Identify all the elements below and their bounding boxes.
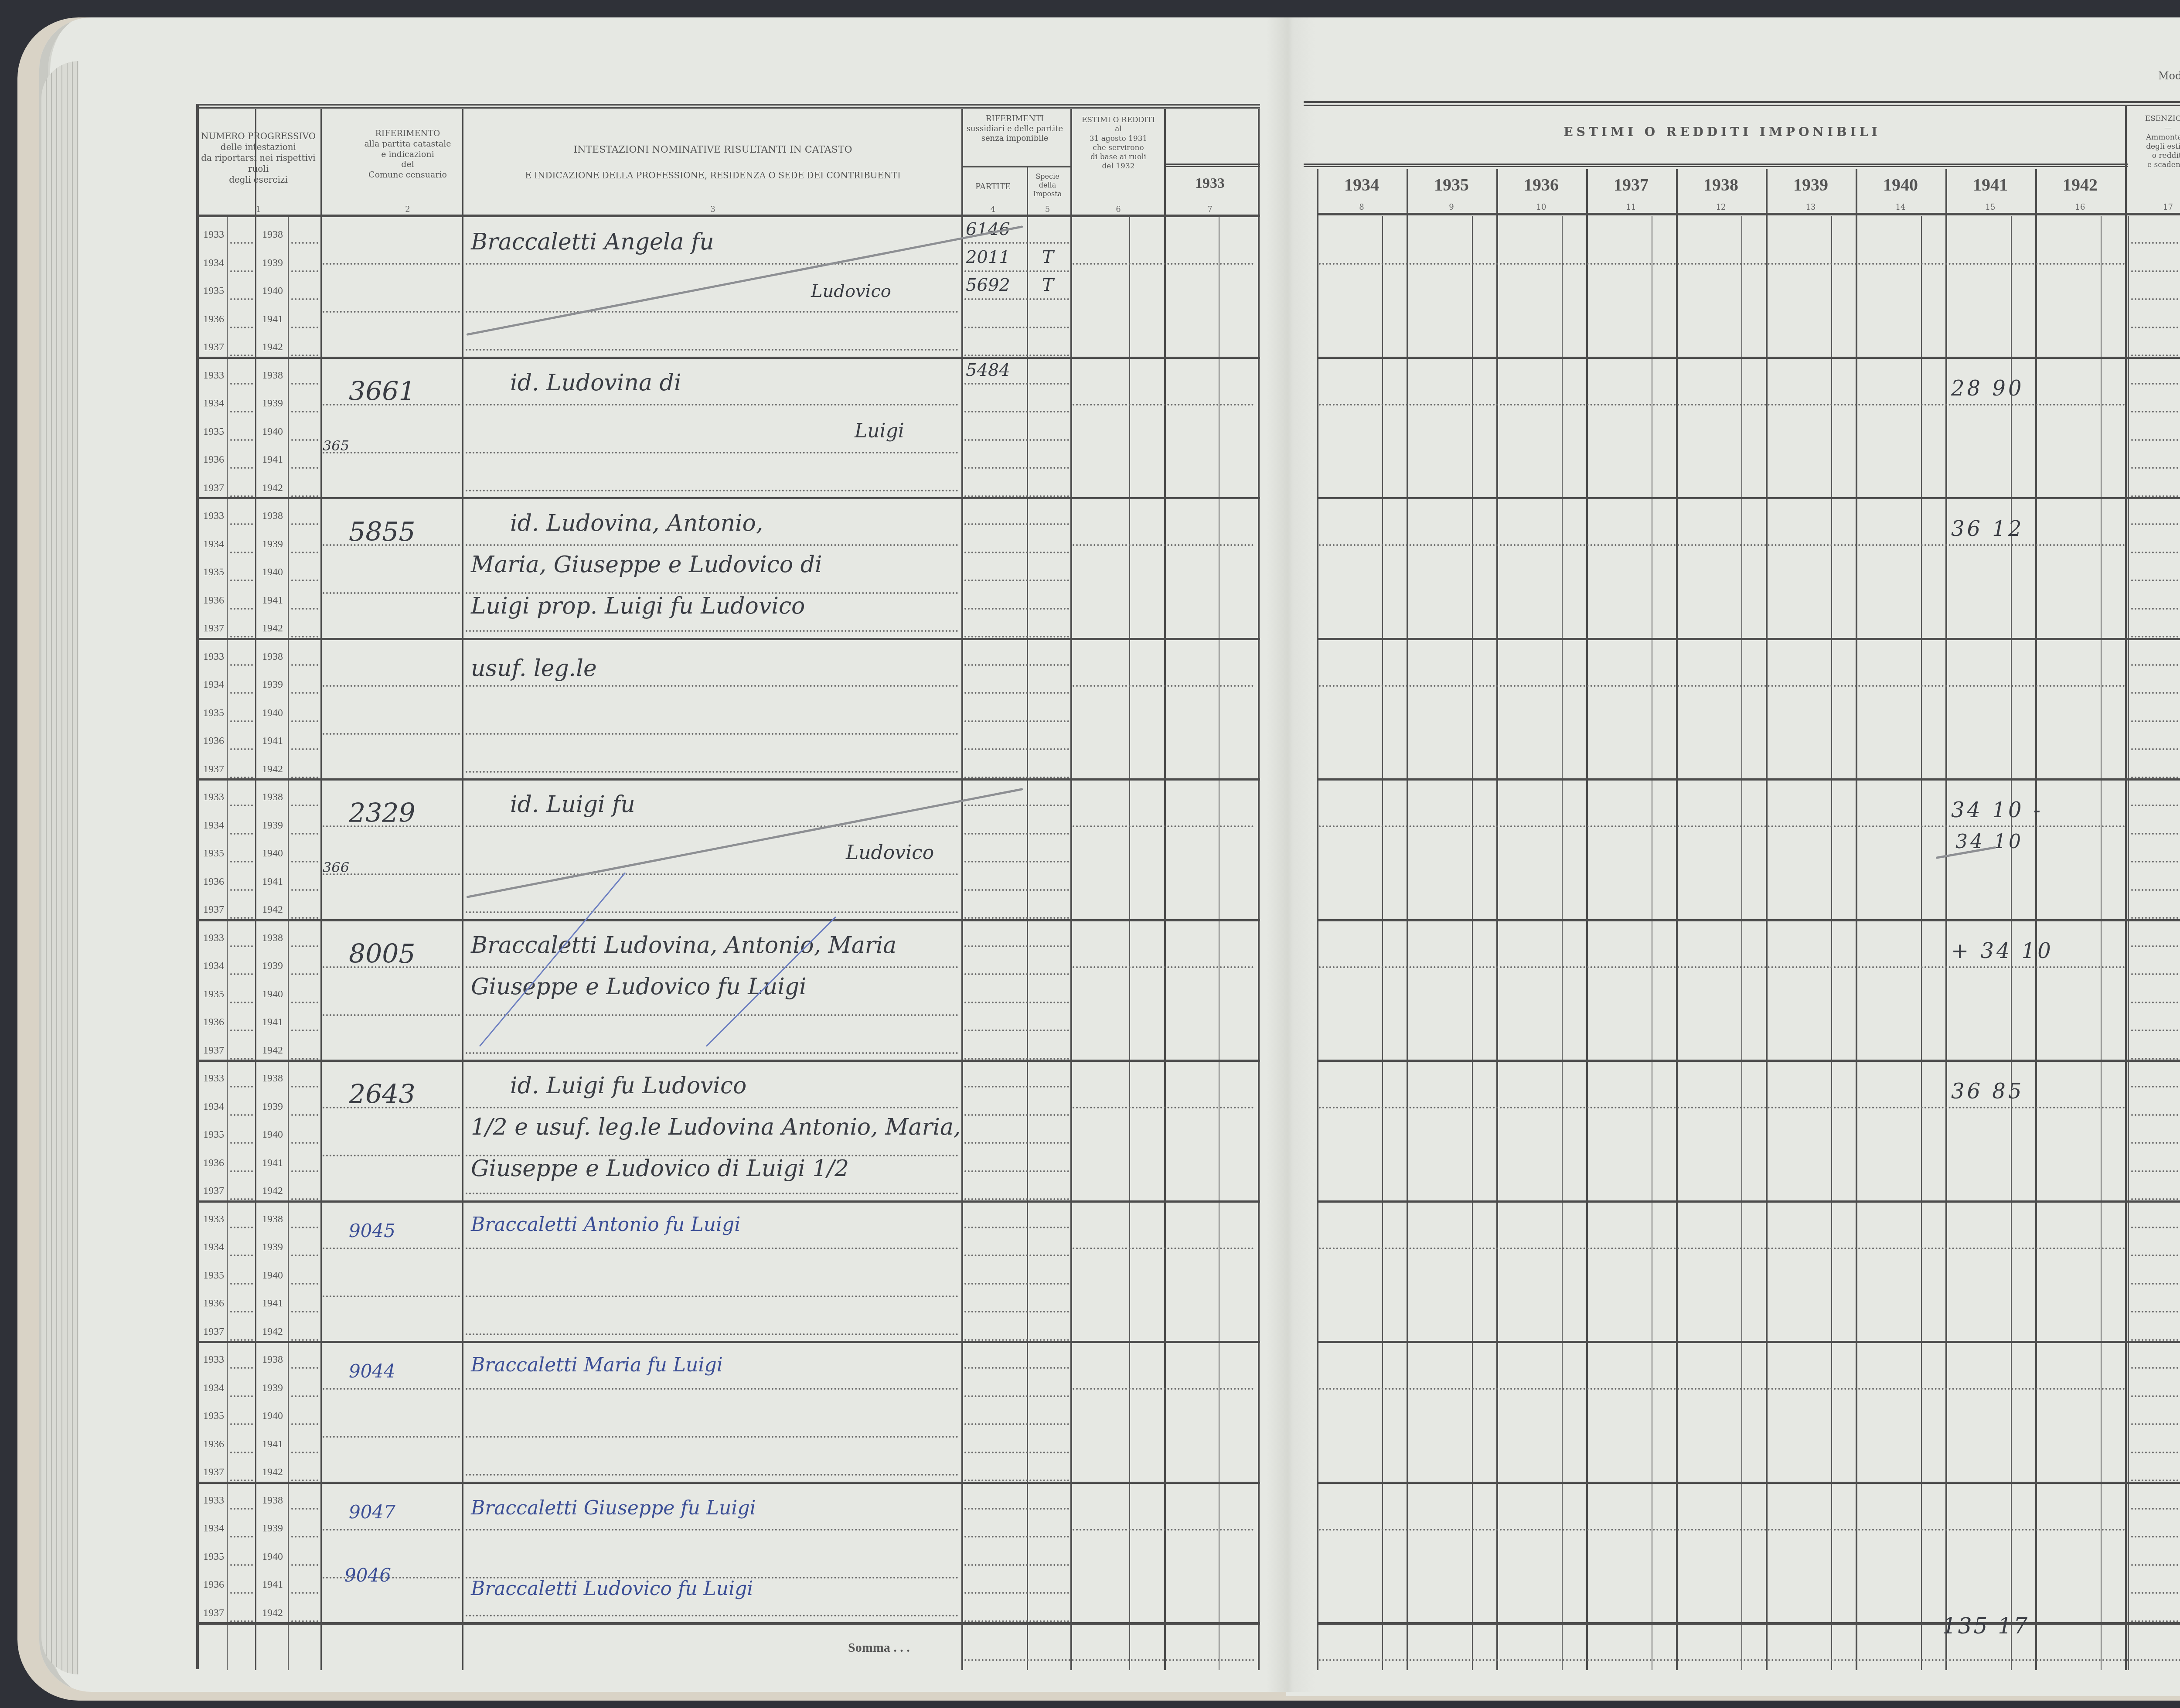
dotted-line bbox=[964, 1227, 1069, 1228]
header-year-1933: 1933 bbox=[1164, 175, 1256, 192]
cents-rule bbox=[1741, 216, 1742, 1670]
year-label: 1939 bbox=[259, 1241, 286, 1253]
dotted-line bbox=[2131, 1311, 2180, 1313]
dotted-line bbox=[230, 523, 253, 525]
dotted-line bbox=[2131, 523, 2180, 525]
year-label: 1934 bbox=[201, 960, 227, 972]
header-dash: — bbox=[2128, 123, 2180, 133]
year-label: 1933 bbox=[201, 1214, 227, 1225]
year-label: 1937 bbox=[201, 482, 227, 494]
year-label: 1937 bbox=[201, 1185, 227, 1197]
dotted-line bbox=[230, 608, 253, 610]
dotted-line bbox=[230, 720, 253, 722]
year-label: 1936 bbox=[201, 1298, 227, 1309]
year-label: 1940 bbox=[259, 566, 286, 578]
year-label: 1935 bbox=[201, 1551, 227, 1563]
dotted-line bbox=[230, 945, 253, 947]
dotted-line bbox=[2131, 861, 2180, 863]
dotted-line bbox=[230, 467, 253, 469]
dotted-line bbox=[2131, 1002, 2180, 1003]
dotted-line bbox=[1319, 544, 2125, 546]
dotted-line bbox=[2131, 327, 2180, 328]
dotted-line bbox=[466, 771, 958, 773]
dotted-line bbox=[291, 1536, 318, 1538]
year-label: 1933 bbox=[201, 370, 227, 382]
dotted-line bbox=[964, 1508, 1069, 1510]
intestazione-line: Maria, Giuseppe e Ludovico di bbox=[471, 552, 822, 578]
year-label: 1940 bbox=[259, 426, 286, 438]
dotted-line bbox=[230, 580, 253, 581]
block-separator bbox=[1317, 497, 2180, 499]
block-separator bbox=[196, 919, 1260, 921]
header-line: e indicazioni bbox=[364, 150, 451, 160]
dotted-line bbox=[230, 1142, 253, 1144]
dotted-line bbox=[466, 685, 958, 687]
col-num: 3 bbox=[462, 205, 964, 214]
dotted-line bbox=[291, 439, 318, 441]
col-num: 7 bbox=[1164, 205, 1256, 214]
year-label: 1937 bbox=[201, 904, 227, 916]
col-num: 5 bbox=[1027, 205, 1068, 214]
dotted-line bbox=[291, 777, 318, 778]
dotted-line bbox=[2131, 1480, 2180, 1481]
year-label: 1942 bbox=[259, 1045, 286, 1057]
header-line: delle intestazioni bbox=[198, 142, 318, 153]
dotted-line bbox=[1319, 1388, 2125, 1390]
dotted-line bbox=[291, 1283, 318, 1285]
intestazione-line: Braccaletti Giuseppe fu Luigi bbox=[471, 1497, 756, 1519]
somma-1941-value: 135 17 bbox=[1942, 1613, 2029, 1639]
riferimento-number: 2643 bbox=[349, 1079, 416, 1110]
partita-number: 2011 bbox=[966, 247, 1010, 267]
dotted-line bbox=[230, 1367, 253, 1369]
dotted-line bbox=[230, 495, 253, 497]
dotted-line bbox=[291, 720, 318, 722]
dotted-line bbox=[291, 973, 318, 975]
dotted-line bbox=[323, 1248, 460, 1249]
cents-rule bbox=[1921, 216, 1922, 1670]
block-separator bbox=[196, 1060, 1260, 1062]
year-label: 1942 bbox=[259, 1185, 286, 1197]
dotted-line bbox=[291, 1002, 318, 1003]
col-num: 15 bbox=[1945, 203, 2035, 212]
header-line: alla partita catastale bbox=[364, 139, 451, 150]
year-label: 1941 bbox=[259, 1579, 286, 1591]
year-label: 1941 bbox=[259, 1157, 286, 1169]
year-label: 1942 bbox=[259, 764, 286, 775]
header-title: ESTIMI O REDDITI bbox=[1073, 116, 1164, 125]
dotted-line bbox=[2131, 1114, 2180, 1116]
year-label: 1938 bbox=[259, 932, 286, 944]
header-riferimenti-sussidiari: RIFERIMENTI sussidiari e delle partite s… bbox=[959, 114, 1070, 144]
dotted-line bbox=[2131, 1283, 2180, 1285]
dotted-line bbox=[1073, 404, 1253, 406]
dotted-line bbox=[2131, 1255, 2180, 1256]
dotted-line bbox=[2131, 945, 2180, 947]
dotted-line bbox=[2131, 439, 2180, 441]
intestazione-line: id. Ludovina di bbox=[510, 370, 681, 396]
dotted-line bbox=[964, 580, 1069, 581]
dotted-line bbox=[230, 861, 253, 863]
dotted-line bbox=[230, 242, 253, 244]
dotted-line bbox=[2131, 720, 2180, 722]
dotted-line bbox=[964, 1620, 1069, 1622]
year-label: 1939 bbox=[259, 1101, 286, 1113]
dotted-line bbox=[291, 945, 318, 947]
dotted-line bbox=[2131, 1030, 2180, 1031]
dotted-line bbox=[2131, 1058, 2180, 1060]
dotted-line bbox=[964, 467, 1069, 469]
year-label: 1937 bbox=[201, 1607, 227, 1619]
dotted-line bbox=[291, 833, 318, 835]
table-bottom-rule bbox=[196, 1622, 1260, 1625]
header-estimi-redditi-imponibili: ESTIMI O REDDITI IMPONIBILI bbox=[1317, 124, 2128, 140]
dotted-line bbox=[2131, 692, 2180, 694]
dotted-line bbox=[964, 608, 1069, 610]
dotted-line bbox=[291, 1170, 318, 1172]
year-label: 1934 bbox=[201, 1101, 227, 1113]
dotted-line bbox=[230, 1198, 253, 1200]
riferimento-number: 5855 bbox=[349, 517, 416, 547]
dotted-line bbox=[964, 833, 1069, 835]
dotted-line bbox=[291, 1198, 318, 1200]
dotted-line bbox=[230, 805, 253, 806]
dotted-line bbox=[291, 636, 318, 638]
dotted-line bbox=[2131, 580, 2180, 581]
dotted-line bbox=[964, 861, 1069, 863]
dotted-line bbox=[323, 1529, 460, 1531]
year-label: 1939 bbox=[259, 1382, 286, 1394]
year-label: 1940 bbox=[259, 1410, 286, 1422]
dotted-line bbox=[964, 1536, 1069, 1538]
cents-rule bbox=[1831, 216, 1832, 1670]
header-line: che servirono bbox=[1073, 143, 1164, 153]
year-label: 1936 bbox=[201, 1016, 227, 1028]
dotted-line bbox=[964, 1452, 1069, 1453]
dotted-line bbox=[2131, 1452, 2180, 1453]
column-rule bbox=[1164, 109, 1166, 1670]
dotted-line bbox=[291, 664, 318, 666]
dotted-line bbox=[230, 1227, 253, 1228]
header-line: 31 agosto 1931 bbox=[1073, 134, 1164, 143]
dotted-line bbox=[230, 777, 253, 778]
header-riferimento: RIFERIMENTO alla partita catastale e ind… bbox=[364, 129, 451, 181]
header-year-1940: 1940 bbox=[1856, 174, 1945, 195]
year-label: 1939 bbox=[259, 539, 286, 550]
dotted-line bbox=[323, 592, 460, 594]
dotted-line bbox=[964, 327, 1069, 328]
dotted-line bbox=[323, 685, 460, 687]
dotted-line bbox=[2131, 889, 2180, 891]
block-separator bbox=[196, 1341, 1260, 1343]
year-label: 1933 bbox=[201, 1495, 227, 1507]
dotted-line bbox=[291, 1058, 318, 1060]
dotted-line bbox=[230, 1002, 253, 1003]
dotted-line bbox=[964, 383, 1069, 385]
dotted-line bbox=[323, 1436, 460, 1438]
year-label: 1940 bbox=[259, 989, 286, 1000]
year-label: 1940 bbox=[259, 1270, 286, 1282]
header-specie: Specie della Imposta bbox=[1027, 172, 1068, 198]
dotted-line bbox=[230, 1452, 253, 1453]
header-year-1938: 1938 bbox=[1676, 174, 1766, 195]
year-label: 1936 bbox=[201, 314, 227, 325]
dotted-line bbox=[466, 404, 958, 406]
intestazione-line: Luigi bbox=[855, 420, 904, 442]
dotted-line bbox=[964, 1198, 1069, 1200]
block-separator bbox=[196, 1482, 1260, 1484]
dotted-line bbox=[230, 889, 253, 891]
dotted-line bbox=[291, 411, 318, 413]
somma-label: Somma . . . bbox=[848, 1640, 910, 1655]
block-separator bbox=[1317, 1200, 2180, 1203]
intestazione-line: Ludovico bbox=[811, 281, 891, 301]
dotted-line bbox=[2131, 270, 2180, 272]
year-label: 1936 bbox=[201, 876, 227, 888]
dotted-line bbox=[1073, 966, 1253, 968]
year-label: 1942 bbox=[259, 482, 286, 494]
dotted-line bbox=[291, 917, 318, 919]
dotted-line bbox=[466, 1529, 958, 1531]
dotted-line bbox=[466, 873, 958, 875]
dotted-line bbox=[2131, 495, 2180, 497]
header-title: ESENZIONI bbox=[2128, 114, 2180, 123]
dotted-line bbox=[466, 1474, 958, 1476]
dotted-line bbox=[964, 1564, 1069, 1566]
dotted-line bbox=[230, 355, 253, 356]
dotted-line bbox=[230, 327, 253, 328]
dotted-line bbox=[466, 1107, 958, 1108]
dotted-line bbox=[2131, 1367, 2180, 1369]
dotted-line bbox=[291, 1086, 318, 1088]
dotted-line bbox=[466, 911, 958, 913]
dotted-line bbox=[230, 1339, 253, 1341]
header-line: degli estimi bbox=[2128, 142, 2180, 151]
dotted-line bbox=[964, 748, 1069, 750]
column-rule bbox=[2125, 105, 2127, 1670]
intestazione-line: usuf. leg.le bbox=[471, 655, 597, 682]
header-year-1937: 1937 bbox=[1586, 174, 1676, 195]
block-separator bbox=[196, 497, 1260, 499]
dotted-line bbox=[230, 636, 253, 638]
dotted-line bbox=[964, 889, 1069, 891]
year-label: 1935 bbox=[201, 1129, 227, 1141]
dotted-line bbox=[1319, 1529, 2125, 1531]
year-label: 1935 bbox=[201, 566, 227, 578]
cents-rule bbox=[2101, 216, 2102, 1670]
dotted-line bbox=[964, 298, 1069, 300]
year-label: 1938 bbox=[259, 791, 286, 803]
dotted-line bbox=[2131, 355, 2180, 356]
year-label: 1934 bbox=[201, 539, 227, 550]
year-label: 1937 bbox=[201, 764, 227, 775]
header-title: INTESTAZIONI NOMINATIVE RISULTANTI IN CA… bbox=[462, 144, 964, 156]
riferimento-number: 9045 bbox=[349, 1220, 395, 1241]
dotted-line bbox=[291, 1339, 318, 1341]
col-num: 16 bbox=[2035, 203, 2125, 212]
dotted-line bbox=[230, 1395, 253, 1397]
dotted-line bbox=[964, 1311, 1069, 1313]
dotted-line bbox=[230, 1620, 253, 1622]
year-label: 1935 bbox=[201, 285, 227, 297]
year-label: 1934 bbox=[201, 679, 227, 691]
dotted-line bbox=[964, 270, 1069, 272]
dotted-line bbox=[230, 411, 253, 413]
dotted-line bbox=[230, 1480, 253, 1481]
year-label: 1942 bbox=[259, 1466, 286, 1478]
dotted-line bbox=[964, 1114, 1069, 1116]
dotted-line bbox=[230, 1423, 253, 1425]
side-number: 365 bbox=[323, 437, 349, 454]
col-num: 13 bbox=[1766, 203, 1856, 212]
intestazione-line: Braccaletti Ludovina, Antonio, Maria bbox=[471, 932, 896, 958]
dotted-line bbox=[466, 1052, 958, 1054]
dotted-line bbox=[230, 383, 253, 385]
year-label: 1938 bbox=[259, 1354, 286, 1366]
dotted-line bbox=[1319, 825, 2125, 827]
dotted-line bbox=[466, 452, 958, 453]
dotted-line bbox=[964, 1592, 1069, 1594]
column-rule bbox=[462, 109, 463, 1670]
dotted-line bbox=[230, 833, 253, 835]
year-label: 1935 bbox=[201, 1410, 227, 1422]
intestazione-line: 1/2 e usuf. leg.le Ludovina Antonio, Mar… bbox=[471, 1114, 961, 1140]
year-label: 1939 bbox=[259, 679, 286, 691]
dotted-line bbox=[2131, 805, 2180, 806]
riferimento-number: 9046 bbox=[344, 1565, 391, 1586]
dotted-line bbox=[466, 263, 958, 265]
year-label: 1938 bbox=[259, 229, 286, 241]
intestazione-line: Braccaletti Angela fu bbox=[471, 229, 714, 255]
dotted-line bbox=[2131, 777, 2180, 778]
dotted-line bbox=[2131, 298, 2180, 300]
year-label: 1941 bbox=[259, 1298, 286, 1309]
dotted-line bbox=[2131, 1086, 2180, 1088]
dotted-line bbox=[964, 1339, 1069, 1341]
year-label: 1936 bbox=[201, 1439, 227, 1450]
dotted-line bbox=[323, 733, 460, 735]
dotted-line bbox=[964, 720, 1069, 722]
col-num: 8 bbox=[1317, 203, 1407, 212]
dotted-line bbox=[2131, 1508, 2180, 1510]
dotted-line bbox=[291, 805, 318, 806]
header-line: di base ai ruoli bbox=[1073, 153, 1164, 162]
dotted-line bbox=[291, 1311, 318, 1313]
year-label: 1936 bbox=[201, 735, 227, 747]
dotted-line bbox=[466, 825, 958, 827]
specie-imposta: T bbox=[1042, 275, 1054, 295]
dotted-line bbox=[964, 242, 1069, 244]
header-line: del 1932 bbox=[1073, 162, 1164, 171]
partita-number: 5692 bbox=[966, 275, 1010, 295]
block-separator bbox=[1317, 778, 2180, 781]
dotted-line bbox=[964, 1480, 1069, 1481]
dotted-line bbox=[323, 1577, 460, 1578]
dotted-line bbox=[291, 298, 318, 300]
year-label: 1934 bbox=[201, 257, 227, 269]
dotted-line bbox=[964, 1002, 1069, 1003]
dotted-line bbox=[964, 523, 1069, 525]
header-title: RIFERIMENTI bbox=[959, 114, 1070, 124]
intestazione-line: id. Luigi fu bbox=[510, 791, 635, 818]
column-rule bbox=[1070, 109, 1072, 1670]
dotted-line bbox=[466, 630, 958, 632]
value-1941: 36 12 bbox=[1951, 517, 2024, 541]
dotted-line bbox=[964, 439, 1069, 441]
year-label: 1935 bbox=[201, 1270, 227, 1282]
intestazione-line: Braccaletti Maria fu Luigi bbox=[471, 1354, 723, 1376]
dotted-line bbox=[1073, 544, 1253, 546]
dotted-line bbox=[2131, 1564, 2180, 1566]
dotted-line bbox=[230, 1564, 253, 1566]
year-label: 1937 bbox=[201, 1466, 227, 1478]
year-label: 1933 bbox=[201, 791, 227, 803]
dotted-line bbox=[2131, 411, 2180, 413]
dotted-line bbox=[2131, 973, 2180, 975]
dotted-line bbox=[1073, 1248, 1253, 1249]
dotted-line bbox=[291, 1423, 318, 1425]
dotted-line bbox=[1073, 685, 1253, 687]
year-label: 1938 bbox=[259, 370, 286, 382]
header-line: sussidiari e delle partite bbox=[959, 124, 1070, 134]
dotted-line bbox=[230, 748, 253, 750]
cents-rule bbox=[1562, 216, 1563, 1670]
dotted-line bbox=[323, 1388, 460, 1390]
dotted-line bbox=[1073, 263, 1253, 265]
header-year-1941: 1941 bbox=[1945, 174, 2035, 195]
block-separator bbox=[1317, 1060, 2180, 1062]
dotted-line bbox=[2131, 242, 2180, 244]
dotted-line bbox=[230, 1508, 253, 1510]
dotted-line bbox=[230, 664, 253, 666]
dotted-line bbox=[466, 1615, 958, 1616]
dotted-line bbox=[964, 1255, 1069, 1256]
dotted-line bbox=[230, 552, 253, 553]
dotted-line bbox=[466, 1388, 958, 1390]
col-num: 4 bbox=[961, 205, 1025, 214]
dotted-line bbox=[964, 1283, 1069, 1285]
cents-rule bbox=[1472, 216, 1473, 1670]
header-line: del bbox=[364, 160, 451, 170]
dotted-line bbox=[964, 917, 1069, 919]
column-rule bbox=[2128, 216, 2129, 1670]
dotted-line bbox=[2131, 1592, 2180, 1594]
value-1941: 34 10 - bbox=[1951, 798, 2043, 822]
year-label: 1935 bbox=[201, 707, 227, 719]
col-num: 14 bbox=[1856, 203, 1945, 212]
year-label: 1941 bbox=[259, 314, 286, 325]
dotted-line bbox=[1319, 1659, 2180, 1661]
intestazione-line: id. Luigi fu Ludovico bbox=[510, 1073, 746, 1099]
dotted-line bbox=[1073, 825, 1253, 827]
header-year-1942: 1942 bbox=[2035, 174, 2125, 195]
year-label: 1941 bbox=[259, 1439, 286, 1450]
col-num: 12 bbox=[1676, 203, 1766, 212]
year-label: 1936 bbox=[201, 454, 227, 466]
year-label: 1942 bbox=[259, 1326, 286, 1338]
year-label: 1941 bbox=[259, 454, 286, 466]
dotted-line bbox=[230, 1030, 253, 1031]
dotted-line bbox=[230, 1255, 253, 1256]
dotted-line bbox=[1319, 263, 2125, 265]
riferimento-number: 3661 bbox=[349, 376, 416, 407]
col-num: 17 bbox=[2128, 203, 2180, 212]
cents-rule bbox=[1219, 216, 1219, 1670]
header-numero-progressivo: NUMERO PROGRESSIVO delle intestazioni da… bbox=[198, 131, 318, 185]
year-label: 1937 bbox=[201, 341, 227, 353]
dotted-line bbox=[964, 1395, 1069, 1397]
year-label: 1939 bbox=[259, 960, 286, 972]
